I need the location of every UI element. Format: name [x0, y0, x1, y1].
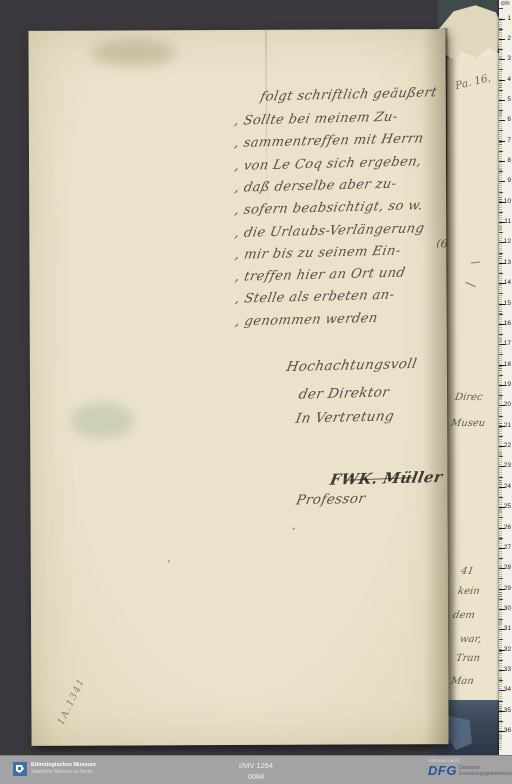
ruler-number: 8 [507, 158, 511, 164]
adjacent-text-fragment: dem [452, 610, 476, 621]
dfg-logo: DFG [428, 763, 457, 778]
ruler-half-cm-tick [499, 293, 503, 294]
ruler-number: 10 [504, 199, 511, 205]
ruler-half-cm-tick [499, 517, 503, 518]
paper-speck [168, 560, 170, 562]
ruler-half-cm-tick [499, 334, 503, 335]
closing-line: der Direktor [297, 384, 390, 402]
ruler-cm-tick [499, 120, 505, 121]
handwritten-line: , genommen werden [234, 311, 379, 330]
ruler-number: 28 [504, 565, 511, 571]
ruler-number: 4 [507, 77, 511, 83]
paper-stain [90, 38, 176, 66]
ruler-cm-tick [499, 39, 505, 40]
ruler-cm-tick [499, 100, 505, 101]
footer-bar: Ethnologisches Museum Staatliche Museen … [0, 755, 512, 784]
handwritten-line: , Sollte bei meinem Zu- [233, 110, 399, 129]
ruler-number: 16 [504, 321, 511, 327]
ruler-number: 23 [504, 463, 511, 469]
ruler-number: 36 [504, 728, 511, 734]
adjacent-text-fragment: Museu [450, 418, 486, 429]
ruler-number: 34 [504, 687, 511, 693]
ruler-half-cm-tick [499, 619, 503, 620]
dfg-org-name: Deutsche Forschungsgemeinschaft [459, 766, 512, 777]
handwritten-line: folgt schriftlich geäußert [259, 85, 438, 104]
ruler-number: 5 [507, 97, 511, 103]
ruler-number: 26 [504, 525, 511, 531]
ruler-half-cm-tick [499, 29, 503, 30]
ruler-number: 1 [507, 16, 511, 22]
ruler-number: 12 [504, 239, 511, 245]
handwritten-line: , mir bis zu seinem Ein- [234, 243, 402, 262]
adjacent-page-strip: Pa. 16, DirecMuseu41keindemwar,TranMan [447, 58, 499, 700]
handwritten-body: folgt schriftlich geäußert, Sollte bei m… [28, 29, 445, 31]
ruler-half-cm-tick [499, 171, 503, 172]
margin-annotation: (6 [436, 236, 449, 250]
ruler-half-cm-tick [499, 110, 503, 111]
handwritten-closing: Hochachtungsvollder DirektorIn Vertretun… [28, 29, 445, 31]
ruler-number: 3 [507, 56, 511, 62]
ruler-cm-tick [499, 141, 505, 142]
ruler-cm-tick [499, 161, 505, 162]
letter-page: folgt schriftlich geäußert, Sollte bei m… [28, 29, 448, 746]
ruler-number: 24 [504, 484, 511, 490]
ruler-unit-label: cm [501, 0, 510, 7]
ruler-half-cm-tick [499, 8, 503, 9]
cm-ruler: cm 1234567891011121314151617181920212223… [499, 0, 512, 755]
ruler-half-cm-tick [499, 456, 503, 457]
closing-line: Hochachtungsvoll [285, 356, 418, 375]
ruler-number: 21 [504, 423, 511, 429]
ruler-half-cm-tick [499, 436, 503, 437]
ruler-half-cm-tick [499, 253, 503, 254]
ruler-number: 33 [504, 667, 511, 673]
ruler-half-cm-tick [499, 477, 503, 478]
ruler-half-cm-tick [499, 375, 503, 376]
ruler-half-cm-tick [499, 212, 503, 213]
signature-title: Professor [295, 491, 367, 509]
paper-speck [293, 528, 295, 530]
ruler-number: 27 [504, 545, 511, 551]
handwritten-line: , Stelle als erbeten an- [234, 288, 396, 307]
ruler-number: 9 [507, 178, 511, 184]
adjacent-text-fragment: Tran [455, 653, 481, 664]
ruler-half-cm-tick [499, 395, 503, 396]
ruler-number: 25 [504, 504, 511, 510]
ruler-number: 35 [504, 708, 511, 714]
handwritten-line: , daß derselbe aber zu- [233, 177, 397, 196]
ruler-number: 2 [507, 36, 511, 42]
ruler-half-cm-tick [499, 599, 503, 600]
ruler-half-cm-tick [499, 69, 503, 70]
ruler-number: 15 [504, 301, 511, 307]
ruler-number: 30 [504, 606, 511, 612]
adjacent-text-fragment: Man [450, 676, 475, 687]
ruler-half-cm-tick [499, 538, 503, 539]
handwritten-line: , treffen hier an Ort und [234, 266, 407, 285]
ruler-half-cm-tick [499, 130, 503, 131]
ruler-half-cm-tick [499, 578, 503, 579]
adjacent-text-fragment: Direc [454, 392, 483, 403]
ruler-half-cm-tick [499, 416, 503, 417]
ruler-half-cm-tick [499, 497, 503, 498]
closing-line: In Vertretung [294, 408, 395, 426]
ruler-number: 18 [504, 362, 511, 368]
ruler-half-cm-tick [499, 49, 503, 50]
pen-mark [465, 282, 475, 287]
handwritten-line: , von Le Coq sich ergeben, [233, 154, 423, 174]
ruler-number: 31 [504, 626, 511, 632]
ruler-number: 17 [504, 341, 511, 347]
ruler-number: 19 [504, 382, 511, 388]
handwritten-line: , sammentreffen mit Herrn [233, 132, 425, 152]
adjacent-text-fragment: 41 [460, 566, 475, 577]
ruler-half-cm-tick [499, 558, 503, 559]
ruler-half-cm-tick [499, 701, 503, 702]
ruler-number: 6 [507, 117, 511, 123]
ruler-cm-tick [499, 59, 505, 60]
ruler-half-cm-tick [499, 192, 503, 193]
ruler-number: 14 [504, 280, 511, 286]
ruler-cm-tick [499, 181, 505, 182]
handwritten-line: , sofern beabsichtigt, so w. [233, 198, 424, 218]
ruler-half-cm-tick [499, 232, 503, 233]
ruler-half-cm-tick [499, 151, 503, 152]
ruler-number: 7 [507, 138, 511, 144]
ruler-number: 20 [504, 402, 511, 408]
ruler-half-cm-tick [499, 273, 503, 274]
corner-annotation: Pa. 16, [454, 72, 492, 92]
ruler-half-cm-tick [499, 721, 503, 722]
ruler-half-cm-tick [499, 314, 503, 315]
ruler-number: 11 [504, 219, 511, 225]
handwritten-line: , die Urlaubs-Verlängerung [234, 221, 426, 241]
ruler-half-cm-tick [499, 639, 503, 640]
ruler-half-cm-tick [499, 90, 503, 91]
pen-mark [471, 261, 480, 263]
ruler-number: 32 [504, 647, 511, 653]
ruler-half-cm-tick [499, 354, 503, 355]
ruler-number: 29 [504, 586, 511, 592]
archive-scan-viewport: Pa. 16, DirecMuseu41keindemwar,TranMan f… [0, 0, 512, 784]
ruler-half-cm-tick [499, 680, 503, 681]
adjacent-text-fragment: kein [457, 586, 481, 597]
ruler-cm-tick [499, 19, 505, 20]
ruler-cm-tick [499, 80, 505, 81]
adjacent-text-fragment: war, [459, 634, 482, 645]
right-edge-shadow [421, 29, 448, 744]
pencil-shelfmark: 1A.1341 [56, 676, 88, 726]
ruler-half-cm-tick [499, 660, 503, 661]
ruler-number: 13 [504, 260, 511, 266]
ruler-number: 22 [504, 443, 511, 449]
ink-bleed-smudge [70, 402, 134, 438]
